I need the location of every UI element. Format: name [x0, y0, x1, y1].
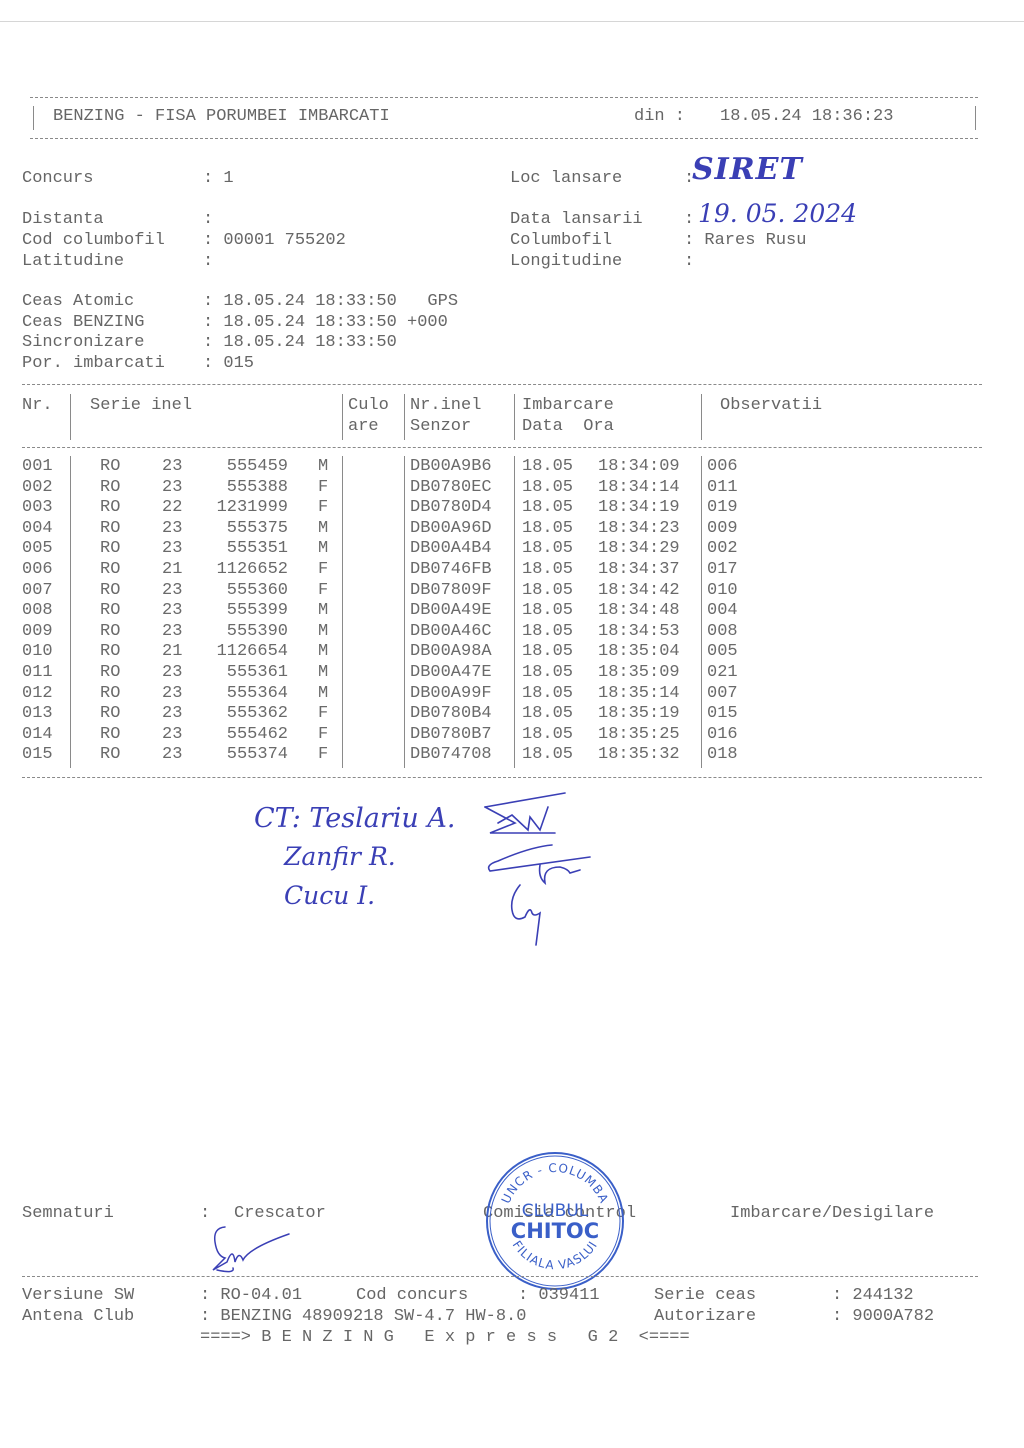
cell-date: 18.05 — [522, 704, 582, 725]
cell-obs: 018 — [707, 745, 767, 766]
porumbei-imbarcati-label: Por. imbarcati — [22, 354, 165, 375]
cell-obs: 016 — [707, 725, 767, 746]
concurs-value: : 1 — [203, 169, 234, 190]
header-right-border — [975, 106, 976, 130]
header-culoare-2: are — [348, 417, 379, 438]
cell-obs: 010 — [707, 581, 767, 602]
cell-sex: M — [318, 519, 334, 540]
distanta-label: Distanta — [22, 210, 195, 231]
cell-ring: 1126654 — [198, 642, 288, 663]
cell-date: 18.05 — [522, 601, 582, 622]
cell-country: RO — [100, 684, 130, 705]
cell-ring: 555351 — [198, 539, 288, 560]
table-row: 014RO23555462FDB0780B718.0518:35:25016 — [0, 725, 1024, 746]
cell-country: RO — [100, 560, 130, 581]
cell-ring: 555375 — [198, 519, 288, 540]
cell-country: RO — [100, 704, 130, 725]
versiune-sw-label: Versiune SW — [22, 1286, 134, 1307]
cell-nr: 010 — [22, 642, 62, 663]
cell-time: 18:35:25 — [598, 725, 698, 746]
header-bottom-border — [30, 138, 978, 139]
cell-ring: 555362 — [198, 704, 288, 725]
cell-country: RO — [100, 745, 130, 766]
cell-sex: F — [318, 498, 334, 519]
cell-year: 21 — [162, 642, 188, 663]
cell-ring: 555399 — [198, 601, 288, 622]
cell-nr: 015 — [22, 745, 62, 766]
cell-ring: 555462 — [198, 725, 288, 746]
cell-obs: 004 — [707, 601, 767, 622]
document-title: BENZING - FISA PORUMBEI IMBARCATI — [53, 107, 390, 128]
cod-columbofil-label: Cod columbofil — [22, 231, 165, 252]
cell-time: 18:34:19 — [598, 498, 698, 519]
cell-time: 18:35:14 — [598, 684, 698, 705]
cell-time: 18:34:14 — [598, 478, 698, 499]
scan-edge-line — [0, 21, 1024, 22]
cell-date: 18.05 — [522, 725, 582, 746]
cell-ring: 555364 — [198, 684, 288, 705]
table-row: 011RO23555361MDB00A47E18.0518:35:09021 — [0, 663, 1024, 684]
col-sep-1 — [70, 394, 71, 440]
note-line-2: Zanfir R. — [284, 842, 396, 871]
cell-nr: 002 — [22, 478, 62, 499]
cell-sex: M — [318, 684, 334, 705]
serie-ceas-value: : 244132 — [832, 1286, 914, 1307]
cell-year: 23 — [162, 684, 188, 705]
note-line-3: Cucu I. — [284, 881, 375, 910]
cell-year: 23 — [162, 601, 188, 622]
cell-sex: M — [318, 601, 334, 622]
cell-date: 18.05 — [522, 457, 582, 478]
stamp-center-2: CHITOC — [511, 1219, 599, 1243]
cell-year: 23 — [162, 478, 188, 499]
table-row: 010RO211126654MDB00A98A18.0518:35:04005 — [0, 642, 1024, 663]
columbofil-value: : Rares Rusu — [684, 231, 806, 252]
table-row: 012RO23555364MDB00A99F18.0518:35:14007 — [0, 684, 1024, 705]
loc-lansare-handwritten: SIRET — [692, 152, 803, 187]
cell-sex: M — [318, 663, 334, 684]
cell-time: 18:35:32 — [598, 745, 698, 766]
cell-sensor: DB00A98A — [410, 642, 514, 663]
cell-nr: 005 — [22, 539, 62, 560]
col-sep-4 — [514, 394, 515, 440]
header-serie-inel: Serie inel — [90, 396, 192, 417]
cell-sensor: DB00A47E — [410, 663, 514, 684]
cell-ring: 555360 — [198, 581, 288, 602]
cell-sensor: DB074708 — [410, 745, 514, 766]
cell-sensor: DB0780D4 — [410, 498, 514, 519]
autorizare-label: Autorizare — [654, 1307, 756, 1328]
cell-country: RO — [100, 663, 130, 684]
longitudine-label: Longitudine — [510, 252, 663, 273]
footer-border — [22, 1276, 978, 1277]
cell-time: 18:34:37 — [598, 560, 698, 581]
cell-year: 23 — [162, 539, 188, 560]
cell-time: 18:34:09 — [598, 457, 698, 478]
club-stamp-icon: UNCR - COLUMBA FILIALA VASLUI CLUBUL CHI… — [484, 1150, 626, 1292]
cell-country: RO — [100, 498, 130, 519]
latitudine-value: : — [203, 252, 213, 273]
autorizare-value: : 9000A782 — [832, 1307, 934, 1328]
cell-nr: 013 — [22, 704, 62, 725]
cell-nr: 014 — [22, 725, 62, 746]
cell-year: 23 — [162, 663, 188, 684]
cell-date: 18.05 — [522, 642, 582, 663]
header-culoare-1: Culo — [348, 396, 389, 417]
col-sep-5 — [701, 394, 702, 440]
cell-year: 23 — [162, 519, 188, 540]
cell-sex: M — [318, 642, 334, 663]
cell-obs: 017 — [707, 560, 767, 581]
cell-sensor: DB0780B4 — [410, 704, 514, 725]
ceas-benzing-value: : 18.05.24 18:33:50 +000 — [203, 313, 448, 334]
cell-time: 18:35:04 — [598, 642, 698, 663]
svg-text:FILIALA VASLUI: FILIALA VASLUI — [510, 1238, 601, 1272]
cell-date: 18.05 — [522, 581, 582, 602]
cell-country: RO — [100, 457, 130, 478]
porumbei-imbarcati-value: : 015 — [203, 354, 254, 375]
cell-year: 22 — [162, 498, 188, 519]
imbarcare-desigilare-label: Imbarcare/Desigilare — [730, 1204, 934, 1225]
cod-concurs-value: : 039411 — [518, 1286, 600, 1307]
cell-ring: 555388 — [198, 478, 288, 499]
table-row: 006RO211126652FDB0746FB18.0518:34:37017 — [0, 560, 1024, 581]
cell-country: RO — [100, 539, 130, 560]
cell-date: 18.05 — [522, 519, 582, 540]
cell-obs: 006 — [707, 457, 767, 478]
header-senzor-2: Senzor — [410, 417, 471, 438]
cell-obs: 005 — [707, 642, 767, 663]
stamp-bottom-text: FILIALA VASLUI — [510, 1238, 601, 1272]
sincronizare-value: : 18.05.24 18:33:50 — [203, 333, 397, 354]
cell-sensor: DB0780B7 — [410, 725, 514, 746]
cell-ring: 555361 — [198, 663, 288, 684]
header-top-border — [30, 97, 978, 98]
table-row: 004RO23555375MDB00A96D18.0518:34:23009 — [0, 519, 1024, 540]
versiune-sw-value: : RO-04.01 — [200, 1286, 302, 1307]
cell-obs: 002 — [707, 539, 767, 560]
cell-country: RO — [100, 622, 130, 643]
header-timestamp: 18.05.24 18:36:23 — [720, 107, 893, 128]
header-nr: Nr. — [22, 396, 53, 417]
cell-nr: 004 — [22, 519, 62, 540]
cell-time: 18:34:29 — [598, 539, 698, 560]
cell-sensor: DB00A99F — [410, 684, 514, 705]
cell-time: 18:35:19 — [598, 704, 698, 725]
cell-nr: 007 — [22, 581, 62, 602]
cell-nr: 009 — [22, 622, 62, 643]
cell-sex: F — [318, 581, 334, 602]
cell-time: 18:34:48 — [598, 601, 698, 622]
cell-ring: 1231999 — [198, 498, 288, 519]
cell-date: 18.05 — [522, 560, 582, 581]
cell-nr: 003 — [22, 498, 62, 519]
cell-nr: 011 — [22, 663, 62, 684]
table-row: 001RO23555459MDB00A9B618.0518:34:09006 — [0, 457, 1024, 478]
table-bottom-border — [22, 777, 982, 778]
cell-nr: 001 — [22, 457, 62, 478]
cell-year: 21 — [162, 560, 188, 581]
cell-ring: 555390 — [198, 622, 288, 643]
cell-nr: 006 — [22, 560, 62, 581]
commission-signatures-icon — [470, 785, 630, 965]
header-imbarcare-1: Imbarcare — [522, 396, 614, 417]
cell-date: 18.05 — [522, 684, 582, 705]
cell-sex: F — [318, 560, 334, 581]
loc-lansare-label: Loc lansare — [510, 169, 663, 190]
header-senzor-1: Nr.inel — [410, 396, 481, 417]
table-row: 007RO23555360FDB07809F18.0518:34:42010 — [0, 581, 1024, 602]
cell-country: RO — [100, 642, 130, 663]
cell-year: 23 — [162, 704, 188, 725]
cod-columbofil-value: : 00001 755202 — [203, 231, 346, 252]
latitudine-label: Latitudine — [22, 252, 195, 273]
cell-sensor: DB00A46C — [410, 622, 514, 643]
cell-country: RO — [100, 478, 130, 499]
cell-sensor: DB0746FB — [410, 560, 514, 581]
cell-sex: M — [318, 457, 334, 478]
table-top-border — [22, 384, 982, 385]
cell-time: 18:34:42 — [598, 581, 698, 602]
table-row: 013RO23555362FDB0780B418.0518:35:19015 — [0, 704, 1024, 725]
header-observatii: Observatii — [720, 396, 822, 417]
cell-sex: F — [318, 704, 334, 725]
cell-sex: F — [318, 725, 334, 746]
longitudine-value: : — [684, 252, 694, 273]
cell-ring: 1126652 — [198, 560, 288, 581]
header-din-label: din : — [634, 107, 685, 128]
cell-ring: 555459 — [198, 457, 288, 478]
table-header-border — [22, 447, 982, 448]
col-sep-2 — [342, 394, 343, 440]
brand-line: ====> B E N Z I N G E x p r e s s G 2 <=… — [200, 1328, 690, 1349]
ceas-atomic-label: Ceas Atomic — [22, 292, 175, 313]
cell-country: RO — [100, 581, 130, 602]
data-lansarii-colon: : — [684, 210, 694, 231]
cell-sensor: DB00A9B6 — [410, 457, 514, 478]
table-row: 003RO221231999FDB0780D418.0518:34:19019 — [0, 498, 1024, 519]
cell-obs: 019 — [707, 498, 767, 519]
cell-country: RO — [100, 519, 130, 540]
cell-sex: M — [318, 622, 334, 643]
cell-date: 18.05 — [522, 498, 582, 519]
cell-obs: 009 — [707, 519, 767, 540]
cell-date: 18.05 — [522, 478, 582, 499]
concurs-label: Concurs — [22, 169, 195, 190]
cell-date: 18.05 — [522, 622, 582, 643]
cell-year: 23 — [162, 457, 188, 478]
cell-year: 23 — [162, 725, 188, 746]
cell-obs: 007 — [707, 684, 767, 705]
cell-ring: 555374 — [198, 745, 288, 766]
semnaturi-label: Semnaturi — [22, 1204, 114, 1225]
data-lansarii-label: Data lansarii — [510, 210, 653, 231]
table-row: 008RO23555399MDB00A49E18.0518:34:48004 — [0, 601, 1024, 622]
cod-concurs-label: Cod concurs — [356, 1286, 468, 1307]
col-sep-3 — [404, 394, 405, 440]
cell-year: 23 — [162, 622, 188, 643]
ceas-benzing-label: Ceas BENZING — [22, 313, 175, 334]
sincronizare-label: Sincronizare — [22, 333, 175, 354]
data-lansarii-handwritten: 19. 05. 2024 — [698, 199, 857, 228]
cell-obs: 015 — [707, 704, 767, 725]
cell-country: RO — [100, 601, 130, 622]
antena-club-label: Antena Club — [22, 1307, 134, 1328]
antena-club-value: : BENZING 48909218 SW-4.7 HW-8.0 — [200, 1307, 526, 1328]
cell-year: 23 — [162, 581, 188, 602]
table-row: 002RO23555388FDB0780EC18.0518:34:14011 — [0, 478, 1024, 499]
crescator-signature-icon — [205, 1222, 295, 1282]
stamp-center-1: CLUBUL — [522, 1201, 589, 1221]
cell-nr: 012 — [22, 684, 62, 705]
svg-text:UNCR - COLUMBA: UNCR - COLUMBA — [499, 1161, 612, 1206]
cell-sex: F — [318, 745, 334, 766]
header-imbarcare-2: Data Ora — [522, 417, 614, 438]
distanta-value: : — [203, 210, 213, 231]
table-row: 009RO23555390MDB00A46C18.0518:34:53008 — [0, 622, 1024, 643]
cell-nr: 008 — [22, 601, 62, 622]
table-row: 005RO23555351MDB00A4B418.0518:34:29002 — [0, 539, 1024, 560]
cell-sensor: DB00A96D — [410, 519, 514, 540]
cell-obs: 008 — [707, 622, 767, 643]
note-line-1: CT: Teslariu A. — [254, 803, 455, 834]
cell-sensor: DB07809F — [410, 581, 514, 602]
cell-date: 18.05 — [522, 539, 582, 560]
header-left-border — [33, 106, 34, 130]
cell-year: 23 — [162, 745, 188, 766]
cell-time: 18:34:53 — [598, 622, 698, 643]
cell-sex: M — [318, 539, 334, 560]
cell-sensor: DB00A4B4 — [410, 539, 514, 560]
cell-sensor: DB00A49E — [410, 601, 514, 622]
cell-sensor: DB0780EC — [410, 478, 514, 499]
stamp-top-text: UNCR - COLUMBA — [499, 1161, 612, 1206]
cell-obs: 021 — [707, 663, 767, 684]
cell-time: 18:35:09 — [598, 663, 698, 684]
table-row: 015RO23555374FDB07470818.0518:35:32018 — [0, 745, 1024, 766]
cell-sex: F — [318, 478, 334, 499]
cell-time: 18:34:23 — [598, 519, 698, 540]
cell-obs: 011 — [707, 478, 767, 499]
serie-ceas-label: Serie ceas — [654, 1286, 756, 1307]
cell-date: 18.05 — [522, 663, 582, 684]
cell-country: RO — [100, 725, 130, 746]
columbofil-label: Columbofil — [510, 231, 663, 252]
ceas-atomic-value: : 18.05.24 18:33:50 GPS — [203, 292, 458, 313]
cell-date: 18.05 — [522, 745, 582, 766]
